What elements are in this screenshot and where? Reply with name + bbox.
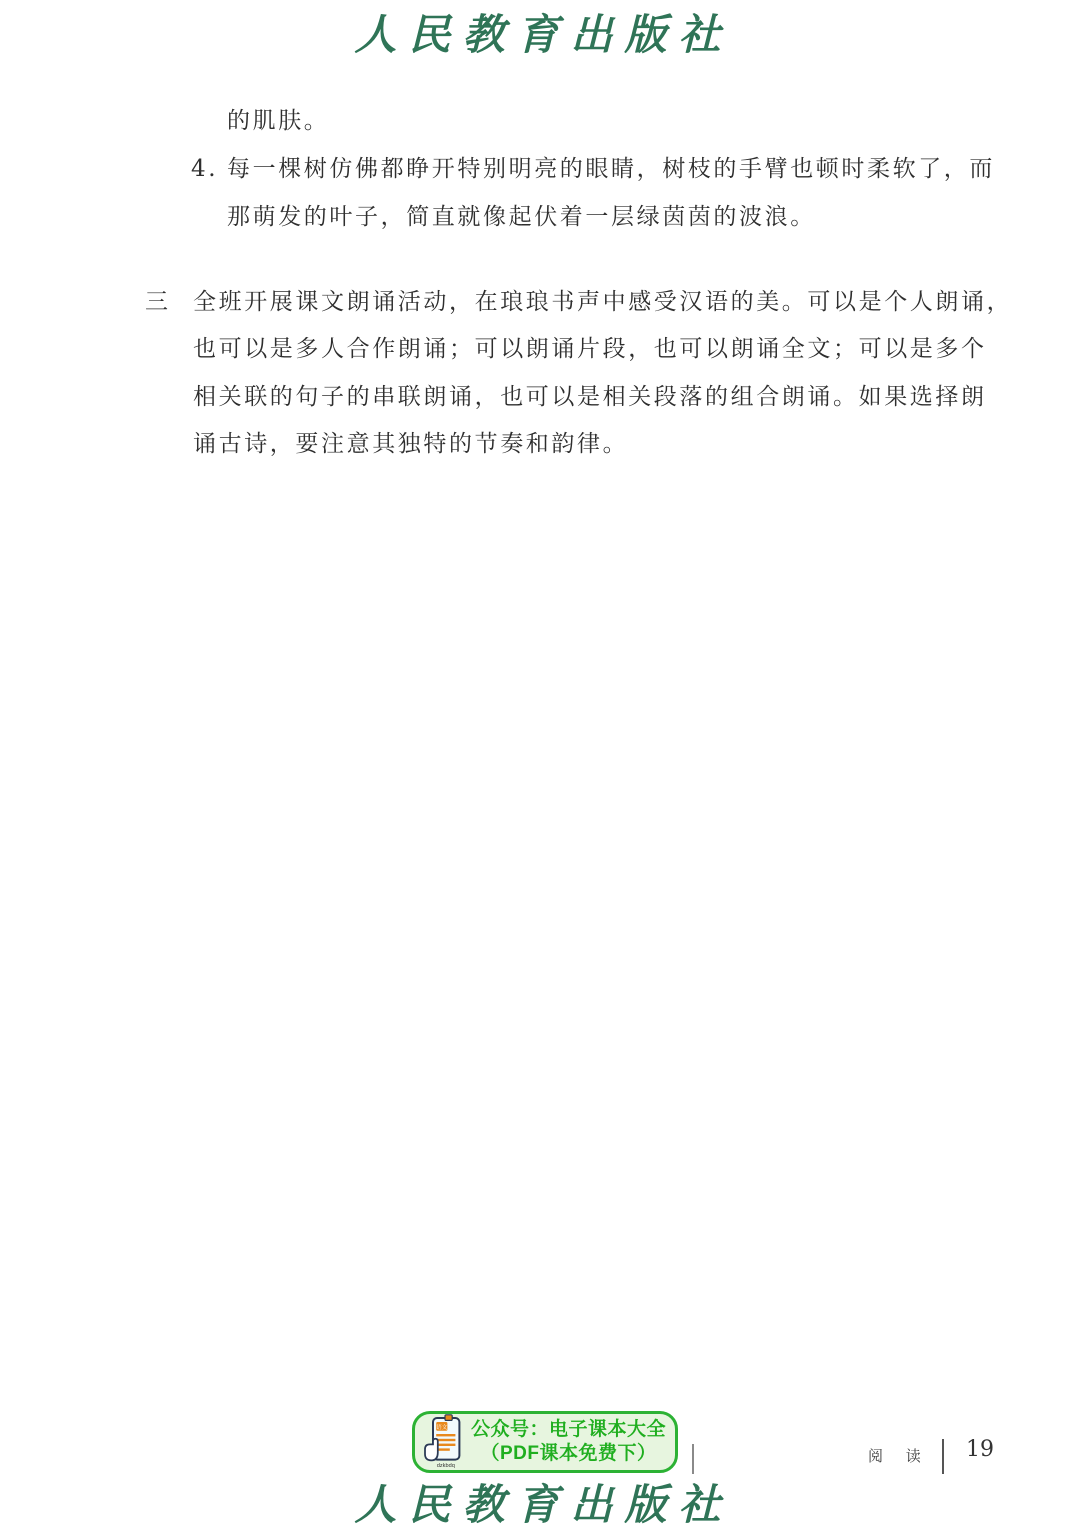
badge-text: 公众号：电子课本大全 （PDF课本免费下） [470,1418,667,1466]
hand-holding-tablet-icon: 语文 dzkbdq [420,1414,470,1470]
badge-side-divider [692,1444,694,1474]
item4-line-2: 那萌发的叶子，简直就像起伏着一层绿茵茵的波浪。 [227,206,816,229]
section3-line-3: 相关联的句子的串联朗诵，也可以是相关段落的组合朗诵。如果选择朗 [193,386,987,409]
textbook-page: 人民教育出版社 的肌肤。 4. 每一棵树仿佛都睁开特别明亮的眼睛，树枝的手臂也顿… [0,0,1087,1535]
footer-divider [942,1439,944,1474]
section3-marker: 三 [145,291,171,314]
wechat-account-badge: 语文 dzkbdq 公众号：电子课本大全 （PDF课本免费下） [412,1411,678,1473]
section3-line-2: 也可以是多人合作朗诵；可以朗诵片段，也可以朗诵全文；可以是多个 [193,338,987,361]
item4-number: 4. [191,158,218,181]
item4-line-1: 每一棵树仿佛都睁开特别明亮的眼睛，树枝的手臂也顿时柔软了，而 [227,158,995,181]
publisher-logo-bottom: 人民教育出版社 [0,1472,1087,1532]
publisher-logo-top: 人民教育出版社 [0,2,1087,62]
icon-caption: dzkbdq [437,1463,455,1469]
badge-line-1: 公众号：电子课本大全 [470,1418,667,1442]
badge-line-2: （PDF课本免费下） [470,1442,667,1466]
section3-line-1: 全班开展课文朗诵活动，在琅琅书声中感受汉语的美。可以是个人朗诵， [193,291,1012,314]
item3-last-line: 的肌肤。 [227,110,329,133]
footer-section-label: 阅 读 [868,1445,930,1466]
footer-page-number: 19 [966,1437,994,1462]
section3-line-4: 诵古诗，要注意其独特的节奏和韵律。 [193,433,628,456]
